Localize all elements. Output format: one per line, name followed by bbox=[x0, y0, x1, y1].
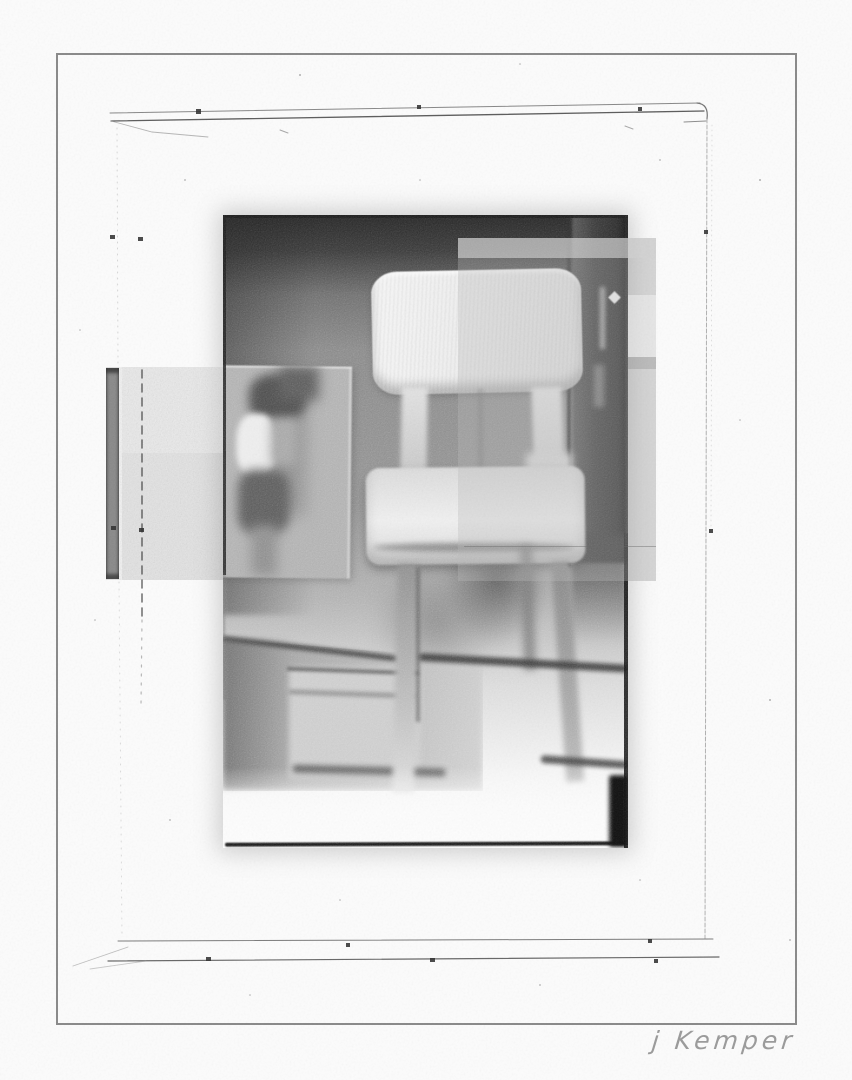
art-print-page: j Kemper bbox=[0, 0, 852, 1080]
scan-overlay-left bbox=[106, 367, 223, 580]
artist-signature: j Kemper bbox=[651, 1026, 798, 1055]
scan-overlay-band bbox=[458, 238, 656, 581]
